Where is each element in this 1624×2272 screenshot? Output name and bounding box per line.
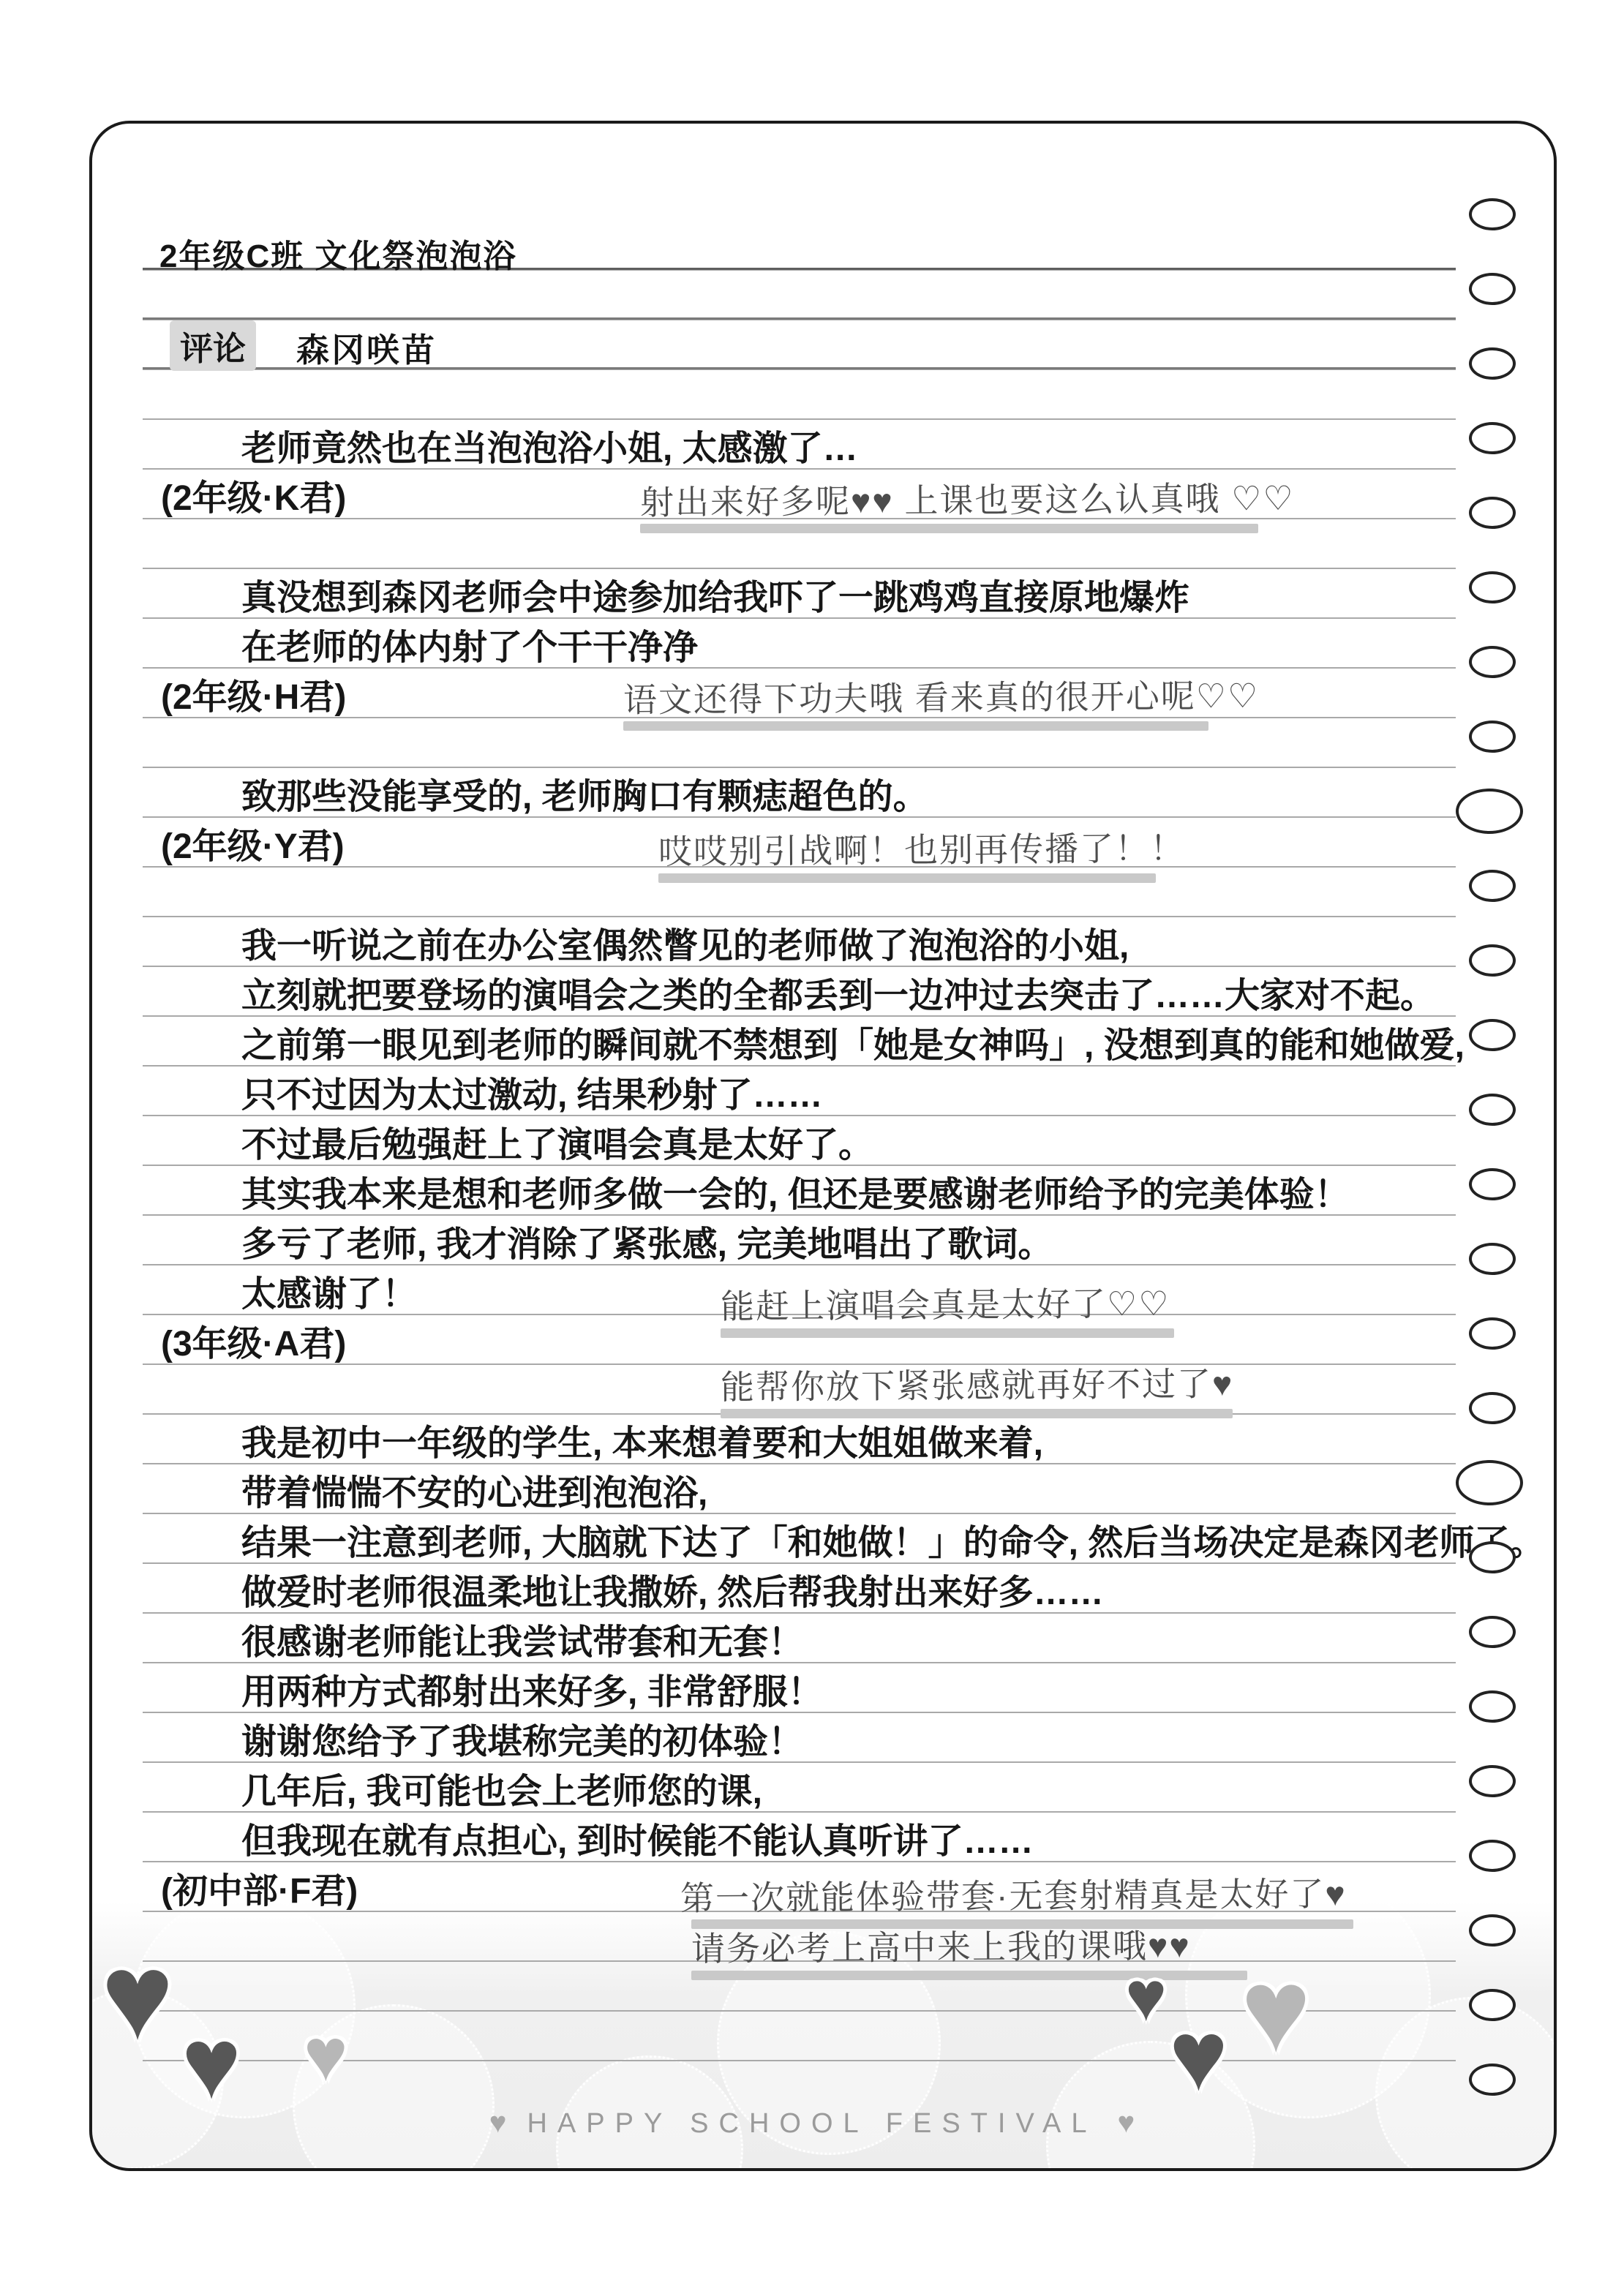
footer-heart-icon: ♥	[469, 2107, 527, 2139]
footer: ♥HAPPY SCHOOL FESTIVAL♥	[0, 2107, 1624, 2140]
rule-line-strong	[143, 317, 1456, 320]
lace-doily-icon	[556, 2055, 743, 2243]
comment-line: 做爱时老师很温柔地让我撒娇, 然后帮我射出来好多……	[241, 1570, 1544, 1620]
notebook-page-screen: 2年级C班 文化祭泡泡浴 评论 森冈咲苗 老师竟然也在当泡泡浴小姐, 太感激了……	[0, 0, 1624, 2272]
binder-hole	[1469, 1616, 1516, 1648]
comment-line: 带着惴惴不安的心进到泡泡浴,	[241, 1470, 1544, 1520]
heart-icon: ♥	[1125, 1962, 1167, 2032]
binder-hole	[1469, 1989, 1516, 2021]
comment-line: 我一听说之前在办公室偶然瞥见的老师做了泡泡浴的小姐,	[241, 923, 1465, 973]
comment-line: 致那些没能享受的, 老师胸口有颗痣超色的。	[241, 774, 928, 824]
heart-icon: ♥	[304, 2017, 348, 2092]
comment-line: 很感谢老师能让我尝试带套和无套！	[241, 1620, 1544, 1669]
heart-icon: ♥	[1169, 2006, 1228, 2105]
comment-line: 真没想到森冈老师会中途参加给我吓了一跳鸡鸡直接原地爆炸	[241, 575, 1189, 625]
teacher-annotation: 请务必考上高中来上我的课哦♥♥	[691, 1919, 1191, 1971]
comment-line: 之前第一眼见到老师的瞬间就不禁想到「她是女神吗」, 没想到真的能和她做爱,	[241, 1023, 1465, 1072]
binder-hole	[1469, 347, 1516, 380]
binder-hole	[1469, 1094, 1516, 1126]
comment-line: 立刻就把要登场的演唱会之类的全都丢到一边冲过去突击了……大家对不起。	[241, 973, 1465, 1023]
binder-hole	[1469, 1541, 1516, 1573]
binder-hole	[1469, 1317, 1516, 1350]
heart-icon: ♥	[101, 1935, 174, 2058]
comment-line: 我是初中一年级的学生, 本来想着要和大姐姐做来着,	[241, 1421, 1544, 1470]
comment-label-badge: 评论	[170, 320, 256, 371]
teacher-annotation: 能帮你放下紧张感就再好不过了♥	[721, 1358, 1234, 1410]
binder-hole	[1469, 944, 1516, 977]
binder-hole	[1469, 571, 1516, 603]
binder-hole	[1469, 1914, 1516, 1946]
comment-line: 不过最后勉强赶上了演唱会真是太好了。	[241, 1122, 1465, 1172]
binder-hole	[1469, 1392, 1516, 1424]
comment-line: 几年后, 我可能也会上老师您的课,	[241, 1769, 1544, 1818]
binder-hole	[1469, 1243, 1516, 1275]
binder-hole	[1469, 1019, 1516, 1051]
binder-hole	[1469, 1690, 1516, 1723]
heart-icon: ♥	[1241, 1952, 1311, 2070]
binder-hole	[1469, 1840, 1516, 1872]
binder-hole	[1469, 646, 1516, 678]
annotation-highlight	[721, 1409, 1233, 1418]
binder-hole	[1469, 1168, 1516, 1200]
teacher-annotation: 哎哎别引战啊！也别再传播了！！	[658, 821, 1185, 873]
heart-icon: ♥	[181, 2013, 241, 2114]
footer-heart-icon: ♥	[1097, 2107, 1156, 2139]
comment-line: 只不过因为太过激动, 结果秒射了……	[241, 1072, 1465, 1122]
comment-line: 但我现在就有点担心, 到时候能不能认真听讲了……	[241, 1818, 1544, 1868]
binder-hole	[1469, 198, 1516, 230]
binder-hole	[1469, 721, 1516, 753]
teacher-annotation: 能赶上演唱会真是太好了♡♡	[721, 1277, 1170, 1328]
binder-hole	[1456, 1460, 1523, 1505]
binder-hole	[1469, 870, 1516, 902]
comment-line: 结果一注意到老师, 大脑就下达了「和她做！」的命令, 然后当场决定是森冈老师了。	[241, 1520, 1544, 1570]
comment-line: 老师竟然也在当泡泡浴小姐, 太感激了…	[241, 426, 858, 475]
binder-hole	[1469, 2064, 1516, 2096]
comment-line: 用两种方式都射出来好多, 非常舒服！	[241, 1669, 1544, 1719]
binder-hole	[1469, 1765, 1516, 1797]
comment-line: 在老师的体内射了个干干净净	[241, 625, 1189, 674]
binder-hole	[1469, 422, 1516, 454]
binder-hole	[1469, 273, 1516, 305]
comment-line: 多亏了老师, 我才消除了紧张感, 完美地唱出了歌词。	[241, 1222, 1465, 1271]
teacher-annotation: 语文还得下功夫哦 看来真的很开心呢♡♡	[623, 669, 1260, 722]
binder-hole	[1469, 497, 1516, 529]
comment-line: 谢谢您给予了我堪称完美的初体验！	[241, 1719, 1544, 1769]
comment-line: 其实我本来是想和老师多做一会的, 但还是要感谢老师给予的完美体验！	[241, 1172, 1465, 1222]
teacher-annotation: 第一次就能体验带套·无套射精真是太好了♥	[680, 1867, 1347, 1920]
teacher-name: 森冈咲苗	[296, 323, 437, 371]
page-title: 2年级C班 文化祭泡泡浴	[159, 230, 516, 277]
teacher-annotation: 射出来好多呢♥♥ 上课也要这么认真哦 ♡♡	[640, 472, 1295, 524]
comment-block: 我是初中一年级的学生, 本来想着要和大姐姐做来着, 带着惴惴不安的心进到泡泡浴,…	[241, 1421, 1544, 1918]
annotation-highlight	[658, 873, 1156, 883]
binder-hole	[1456, 789, 1523, 834]
footer-text: HAPPY SCHOOL FESTIVAL	[527, 2108, 1097, 2139]
